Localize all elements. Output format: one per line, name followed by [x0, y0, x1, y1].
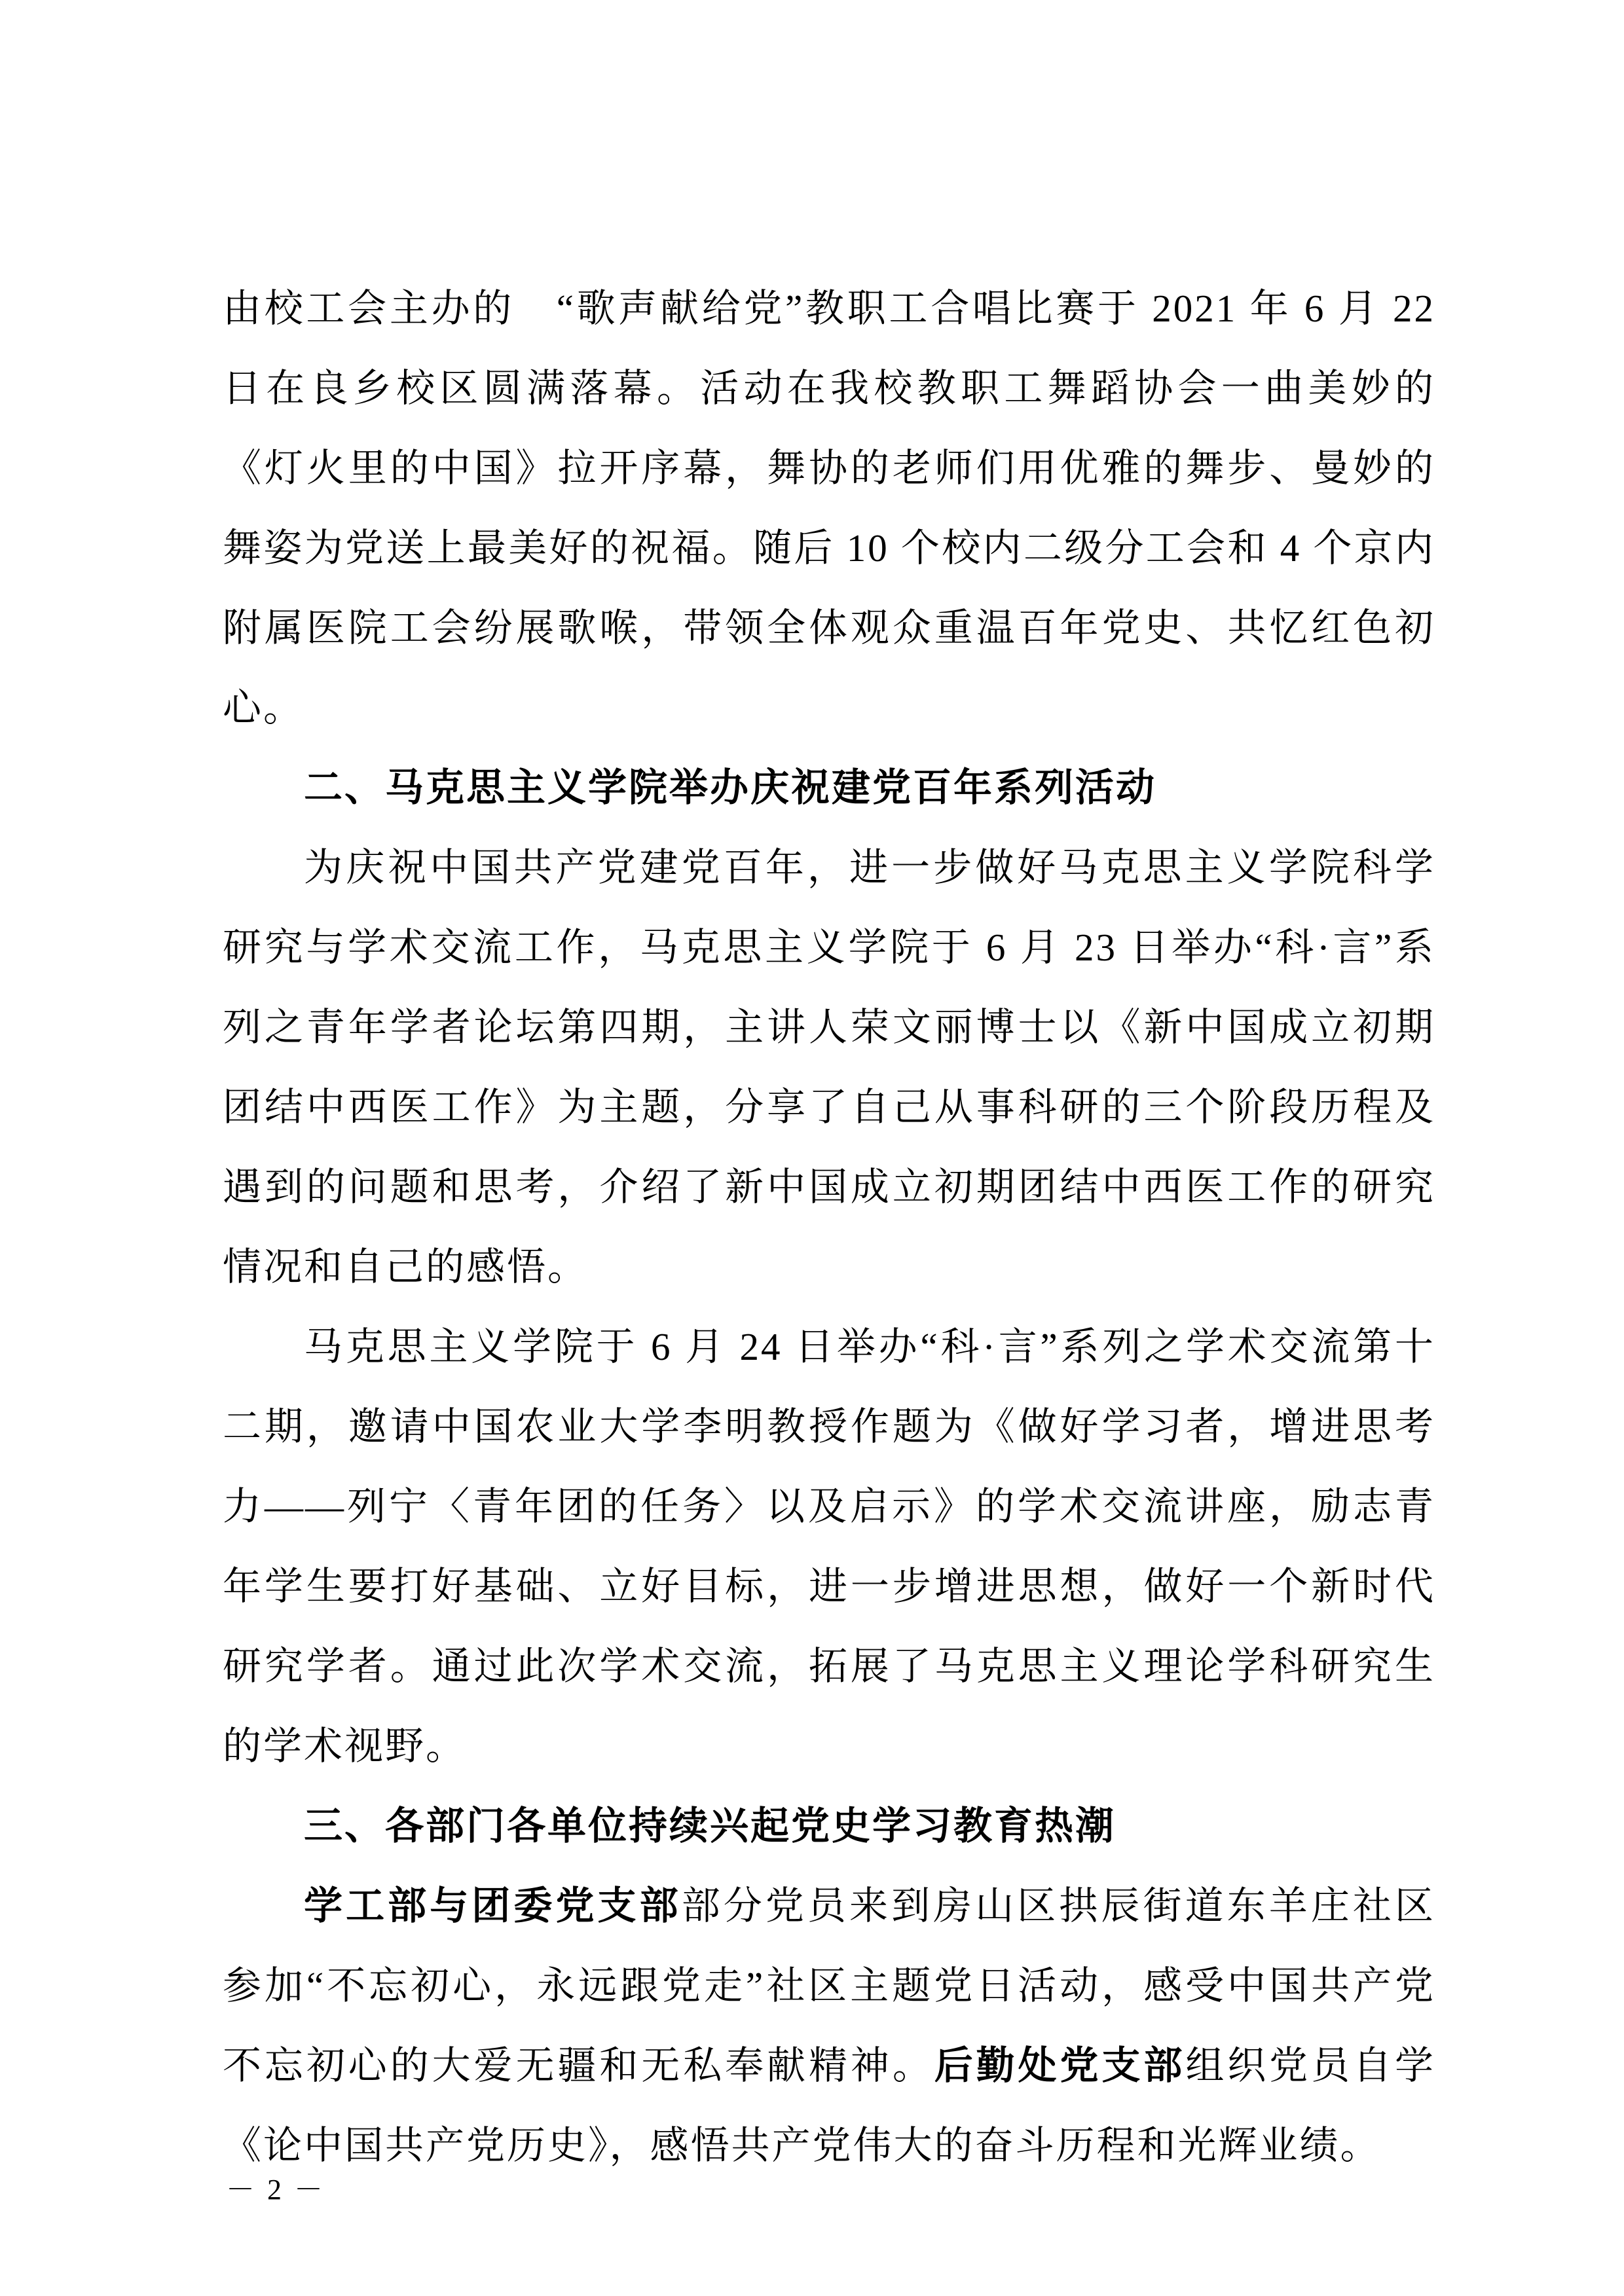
paragraph-keyan-lecture: 马克思主义学院于 6 月 24 日举办“科·言”系列之学术交流第十二期，邀请中国… [223, 1307, 1435, 1786]
paragraph-branch-activities: 学工部与团委党支部部分党员来到房山区拱辰街道东羊庄社区参加“不忘初心，永远跟党走… [223, 1866, 1435, 2185]
heading-text: 二、马克思主义学院举办庆祝建党百年系列活动 [304, 766, 1156, 809]
heading-text: 三、各部门各单位持续兴起党史学习教育热潮 [304, 1804, 1116, 1848]
bold-text-run: 后勤处党支部 [934, 2044, 1186, 2087]
document-body: 由校工会主办的 “歌声献给党”教职工合唱比赛于 2021 年 6 月 22 日在… [223, 268, 1435, 2185]
page-number: － 2 － [226, 2166, 325, 2208]
text-run: 为庆祝中国共产党建党百年，进一步做好马克思主义学院科学研究与学术交流工作，马克思… [223, 846, 1435, 1288]
paragraph-choir-competition: 由校工会主办的 “歌声献给党”教职工合唱比赛于 2021 年 6 月 22 日在… [223, 268, 1435, 748]
text-run: 由校工会主办的 “歌声献给党”教职工合唱比赛于 2021 年 6 月 22 日在… [223, 287, 1435, 729]
section-heading-3: 三、各部门各单位持续兴起党史学习教育热潮 [223, 1786, 1435, 1866]
bold-text-run: 学工部与团委党支部 [304, 1884, 682, 1927]
paragraph-keyan-forum: 为庆祝中国共产党建党百年，进一步做好马克思主义学院科学研究与学术交流工作，马克思… [223, 828, 1435, 1307]
text-run: 马克思主义学院于 6 月 24 日举办“科·言”系列之学术交流第十二期，邀请中国… [223, 1325, 1435, 1768]
document-page: 由校工会主办的 “歌声献给党”教职工合唱比赛于 2021 年 6 月 22 日在… [0, 0, 1624, 2296]
section-heading-2: 二、马克思主义学院举办庆祝建党百年系列活动 [223, 748, 1435, 828]
